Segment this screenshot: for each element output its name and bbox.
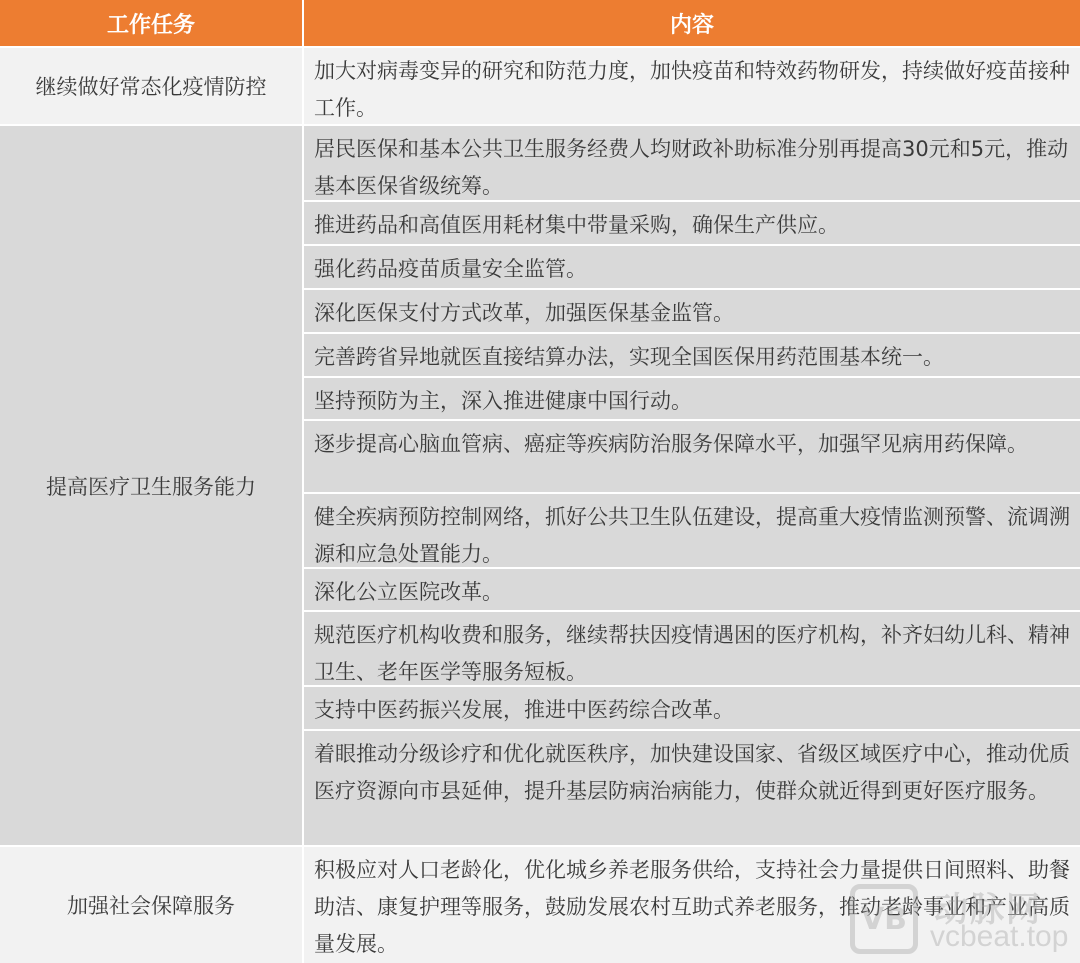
task-cell: 继续做好常态化疫情防控	[0, 48, 304, 124]
content-item: 规范医疗机构收费和服务，继续帮扶因疫情遇困的医疗机构，补齐妇幼儿科、精神卫生、老…	[304, 610, 1080, 685]
content-item: 深化医保支付方式改革，加强医保基金监管。	[304, 288, 1080, 332]
content-item: 深化公立医院改革。	[304, 567, 1080, 610]
content-cell: 积极应对人口老龄化，优化城乡养老服务供给，支持社会力量提供日间照料、助餐助洁、康…	[304, 847, 1080, 963]
table-row: 提高医疗卫生服务能力 居民医保和基本公共卫生服务经费人均财政补助标准分别再提高3…	[0, 124, 1080, 845]
content-item: 完善跨省异地就医直接结算办法，实现全国医保用药范围基本统一。	[304, 332, 1080, 376]
task-cell: 提高医疗卫生服务能力	[0, 126, 304, 845]
content-item: 着眼推动分级诊疗和优化就医秩序，加快建设国家、省级区域医疗中心，推动优质医疗资源…	[304, 729, 1080, 845]
content-item: 加大对病毒变异的研究和防范力度，加快疫苗和特效药物研发，持续做好疫苗接种工作。	[304, 48, 1080, 124]
header-task: 工作任务	[0, 0, 304, 46]
header-content: 内容	[304, 0, 1080, 46]
content-item: 强化药品疫苗质量安全监管。	[304, 244, 1080, 288]
content-item: 健全疾病预防控制网络，抓好公共卫生队伍建设，提高重大疫情监测预警、流调溯源和应急…	[304, 492, 1080, 567]
content-item: 居民医保和基本公共卫生服务经费人均财政补助标准分别再提高30元和5元，推动基本医…	[304, 126, 1080, 200]
task-cell: 加强社会保障服务	[0, 847, 304, 963]
content-item: 坚持预防为主，深入推进健康中国行动。	[304, 376, 1080, 419]
table-header: 工作任务 内容	[0, 0, 1080, 46]
policy-table: 工作任务 内容 继续做好常态化疫情防控 加大对病毒变异的研究和防范力度，加快疫苗…	[0, 0, 1080, 963]
content-item: 推进药品和高值医用耗材集中带量采购，确保生产供应。	[304, 200, 1080, 244]
content-cell: 加大对病毒变异的研究和防范力度，加快疫苗和特效药物研发，持续做好疫苗接种工作。	[304, 48, 1080, 124]
table-row: 加强社会保障服务 积极应对人口老龄化，优化城乡养老服务供给，支持社会力量提供日间…	[0, 845, 1080, 963]
content-item: 支持中医药振兴发展，推进中医药综合改革。	[304, 685, 1080, 729]
table-row: 继续做好常态化疫情防控 加大对病毒变异的研究和防范力度，加快疫苗和特效药物研发，…	[0, 46, 1080, 124]
content-item: 积极应对人口老龄化，优化城乡养老服务供给，支持社会力量提供日间照料、助餐助洁、康…	[304, 847, 1080, 963]
content-cell: 居民医保和基本公共卫生服务经费人均财政补助标准分别再提高30元和5元，推动基本医…	[304, 126, 1080, 845]
content-item: 逐步提高心脑血管病、癌症等疾病防治服务保障水平，加强罕见病用药保障。	[304, 419, 1080, 492]
